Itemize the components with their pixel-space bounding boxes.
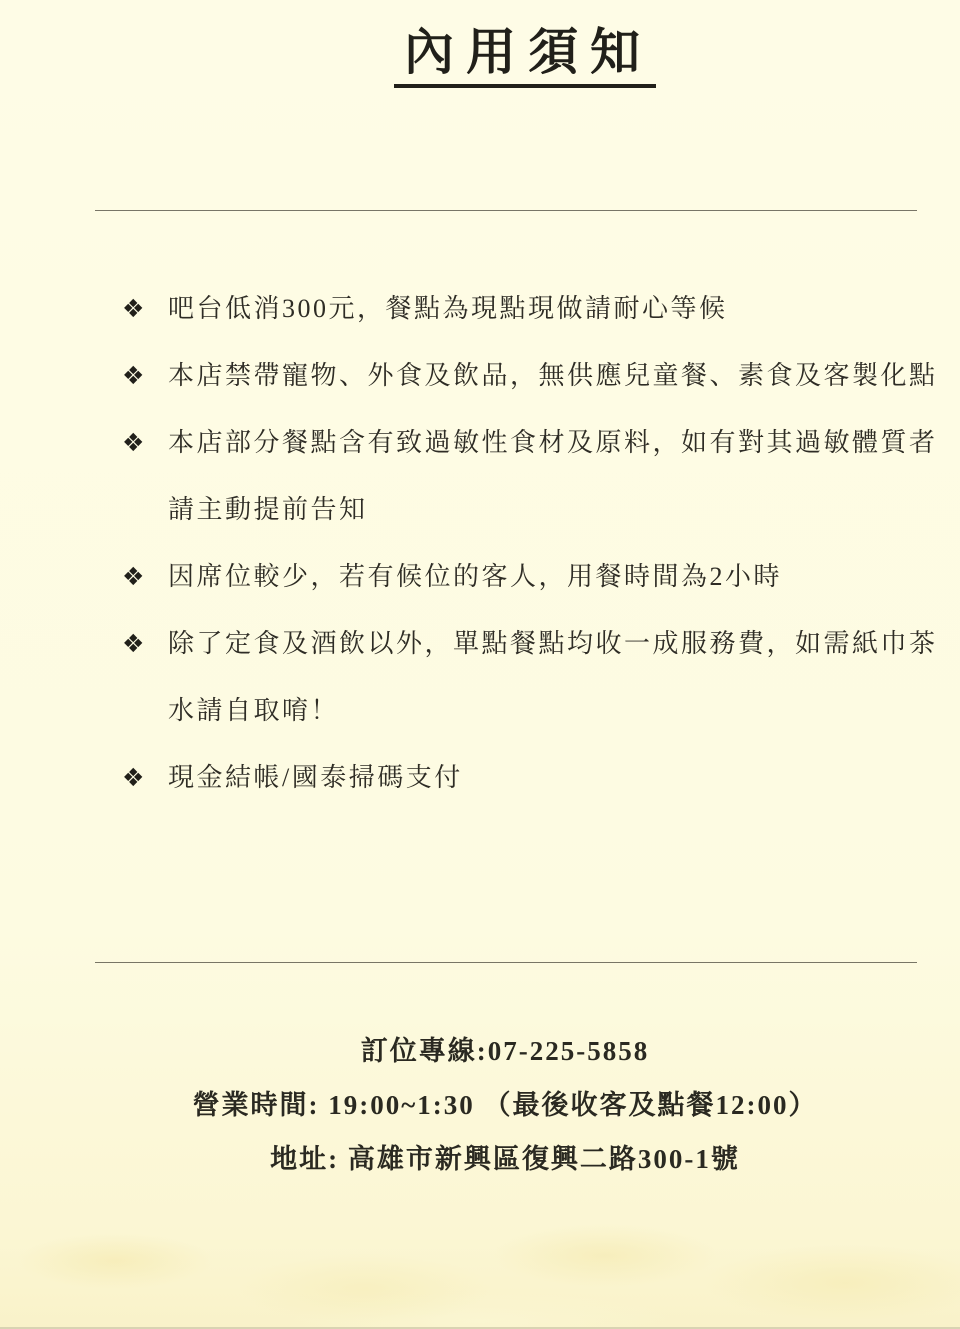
notice-item: ❖ 現金結帳/國泰掃碼支付: [122, 744, 902, 811]
notice-text: 除了定食及酒飲以外，單點餐點均收一成服務費，如需紙巾茶 水請自取唷！: [168, 610, 938, 744]
reservation-phone-line: 訂位專線:07-225-5858: [25, 1024, 960, 1078]
notice-text: 本店部分餐點含有致過敏性食材及原料，如有對其過敏體質者 請主動提前告知: [168, 409, 938, 543]
notice-line: 吧台低消300元，餐點為現點現做請耐心等候: [168, 275, 902, 342]
scan-paper-texture: [0, 1217, 960, 1329]
business-hours-line: 營業時間: 19:00~1:30 （最後收客及點餐12:00）: [25, 1078, 960, 1132]
page-title: 內用須知: [394, 22, 656, 88]
notice-line: 除了定食及酒飲以外，單點餐點均收一成服務費，如需紙巾茶: [168, 610, 938, 677]
notice-text: 因席位較少，若有候位的客人，用餐時間為2小時: [168, 543, 902, 610]
diamond-bullet-icon: ❖: [122, 275, 168, 342]
diamond-bullet-icon: ❖: [122, 744, 168, 811]
notice-line: 本店禁帶寵物、外食及飲品，無供應兒童餐、素食及客製化點: [168, 342, 938, 409]
notice-text: 現金結帳/國泰掃碼支付: [168, 744, 902, 811]
notice-item: ❖ 除了定食及酒飲以外，單點餐點均收一成服務費，如需紙巾茶 水請自取唷！: [122, 610, 902, 744]
notice-item: ❖ 本店禁帶寵物、外食及飲品，無供應兒童餐、素食及客製化點: [122, 342, 902, 409]
notice-text: 吧台低消300元，餐點為現點現做請耐心等候: [168, 275, 902, 342]
divider-bottom: [95, 962, 917, 963]
notice-item: ❖ 本店部分餐點含有致過敏性食材及原料，如有對其過敏體質者 請主動提前告知: [122, 409, 902, 543]
footer-contact-block: 訂位專線:07-225-5858 營業時間: 19:00~1:30 （最後收客及…: [0, 1024, 960, 1186]
notice-line: 水請自取唷！: [168, 677, 938, 744]
notice-line: 請主動提前告知: [168, 476, 938, 543]
notice-item: ❖ 吧台低消300元，餐點為現點現做請耐心等候: [122, 275, 902, 342]
scanned-notice-page: 內用須知 ❖ 吧台低消300元，餐點為現點現做請耐心等候 ❖ 本店禁帶寵物、外食…: [0, 0, 960, 1329]
notice-line: 因席位較少，若有候位的客人，用餐時間為2小時: [168, 543, 902, 610]
diamond-bullet-icon: ❖: [122, 342, 168, 409]
title-wrap: 內用須知: [0, 22, 960, 88]
notice-text: 本店禁帶寵物、外食及飲品，無供應兒童餐、素食及客製化點: [168, 342, 938, 409]
divider-top: [95, 210, 917, 211]
diamond-bullet-icon: ❖: [122, 610, 168, 677]
diamond-bullet-icon: ❖: [122, 543, 168, 610]
notice-line: 現金結帳/國泰掃碼支付: [168, 744, 902, 811]
notice-item: ❖ 因席位較少，若有候位的客人，用餐時間為2小時: [122, 543, 902, 610]
diamond-bullet-icon: ❖: [122, 409, 168, 476]
notice-line: 本店部分餐點含有致過敏性食材及原料，如有對其過敏體質者: [168, 409, 938, 476]
address-line: 地址: 高雄市新興區復興二路300-1號: [25, 1132, 960, 1186]
notice-list: ❖ 吧台低消300元，餐點為現點現做請耐心等候 ❖ 本店禁帶寵物、外食及飲品，無…: [122, 275, 902, 811]
